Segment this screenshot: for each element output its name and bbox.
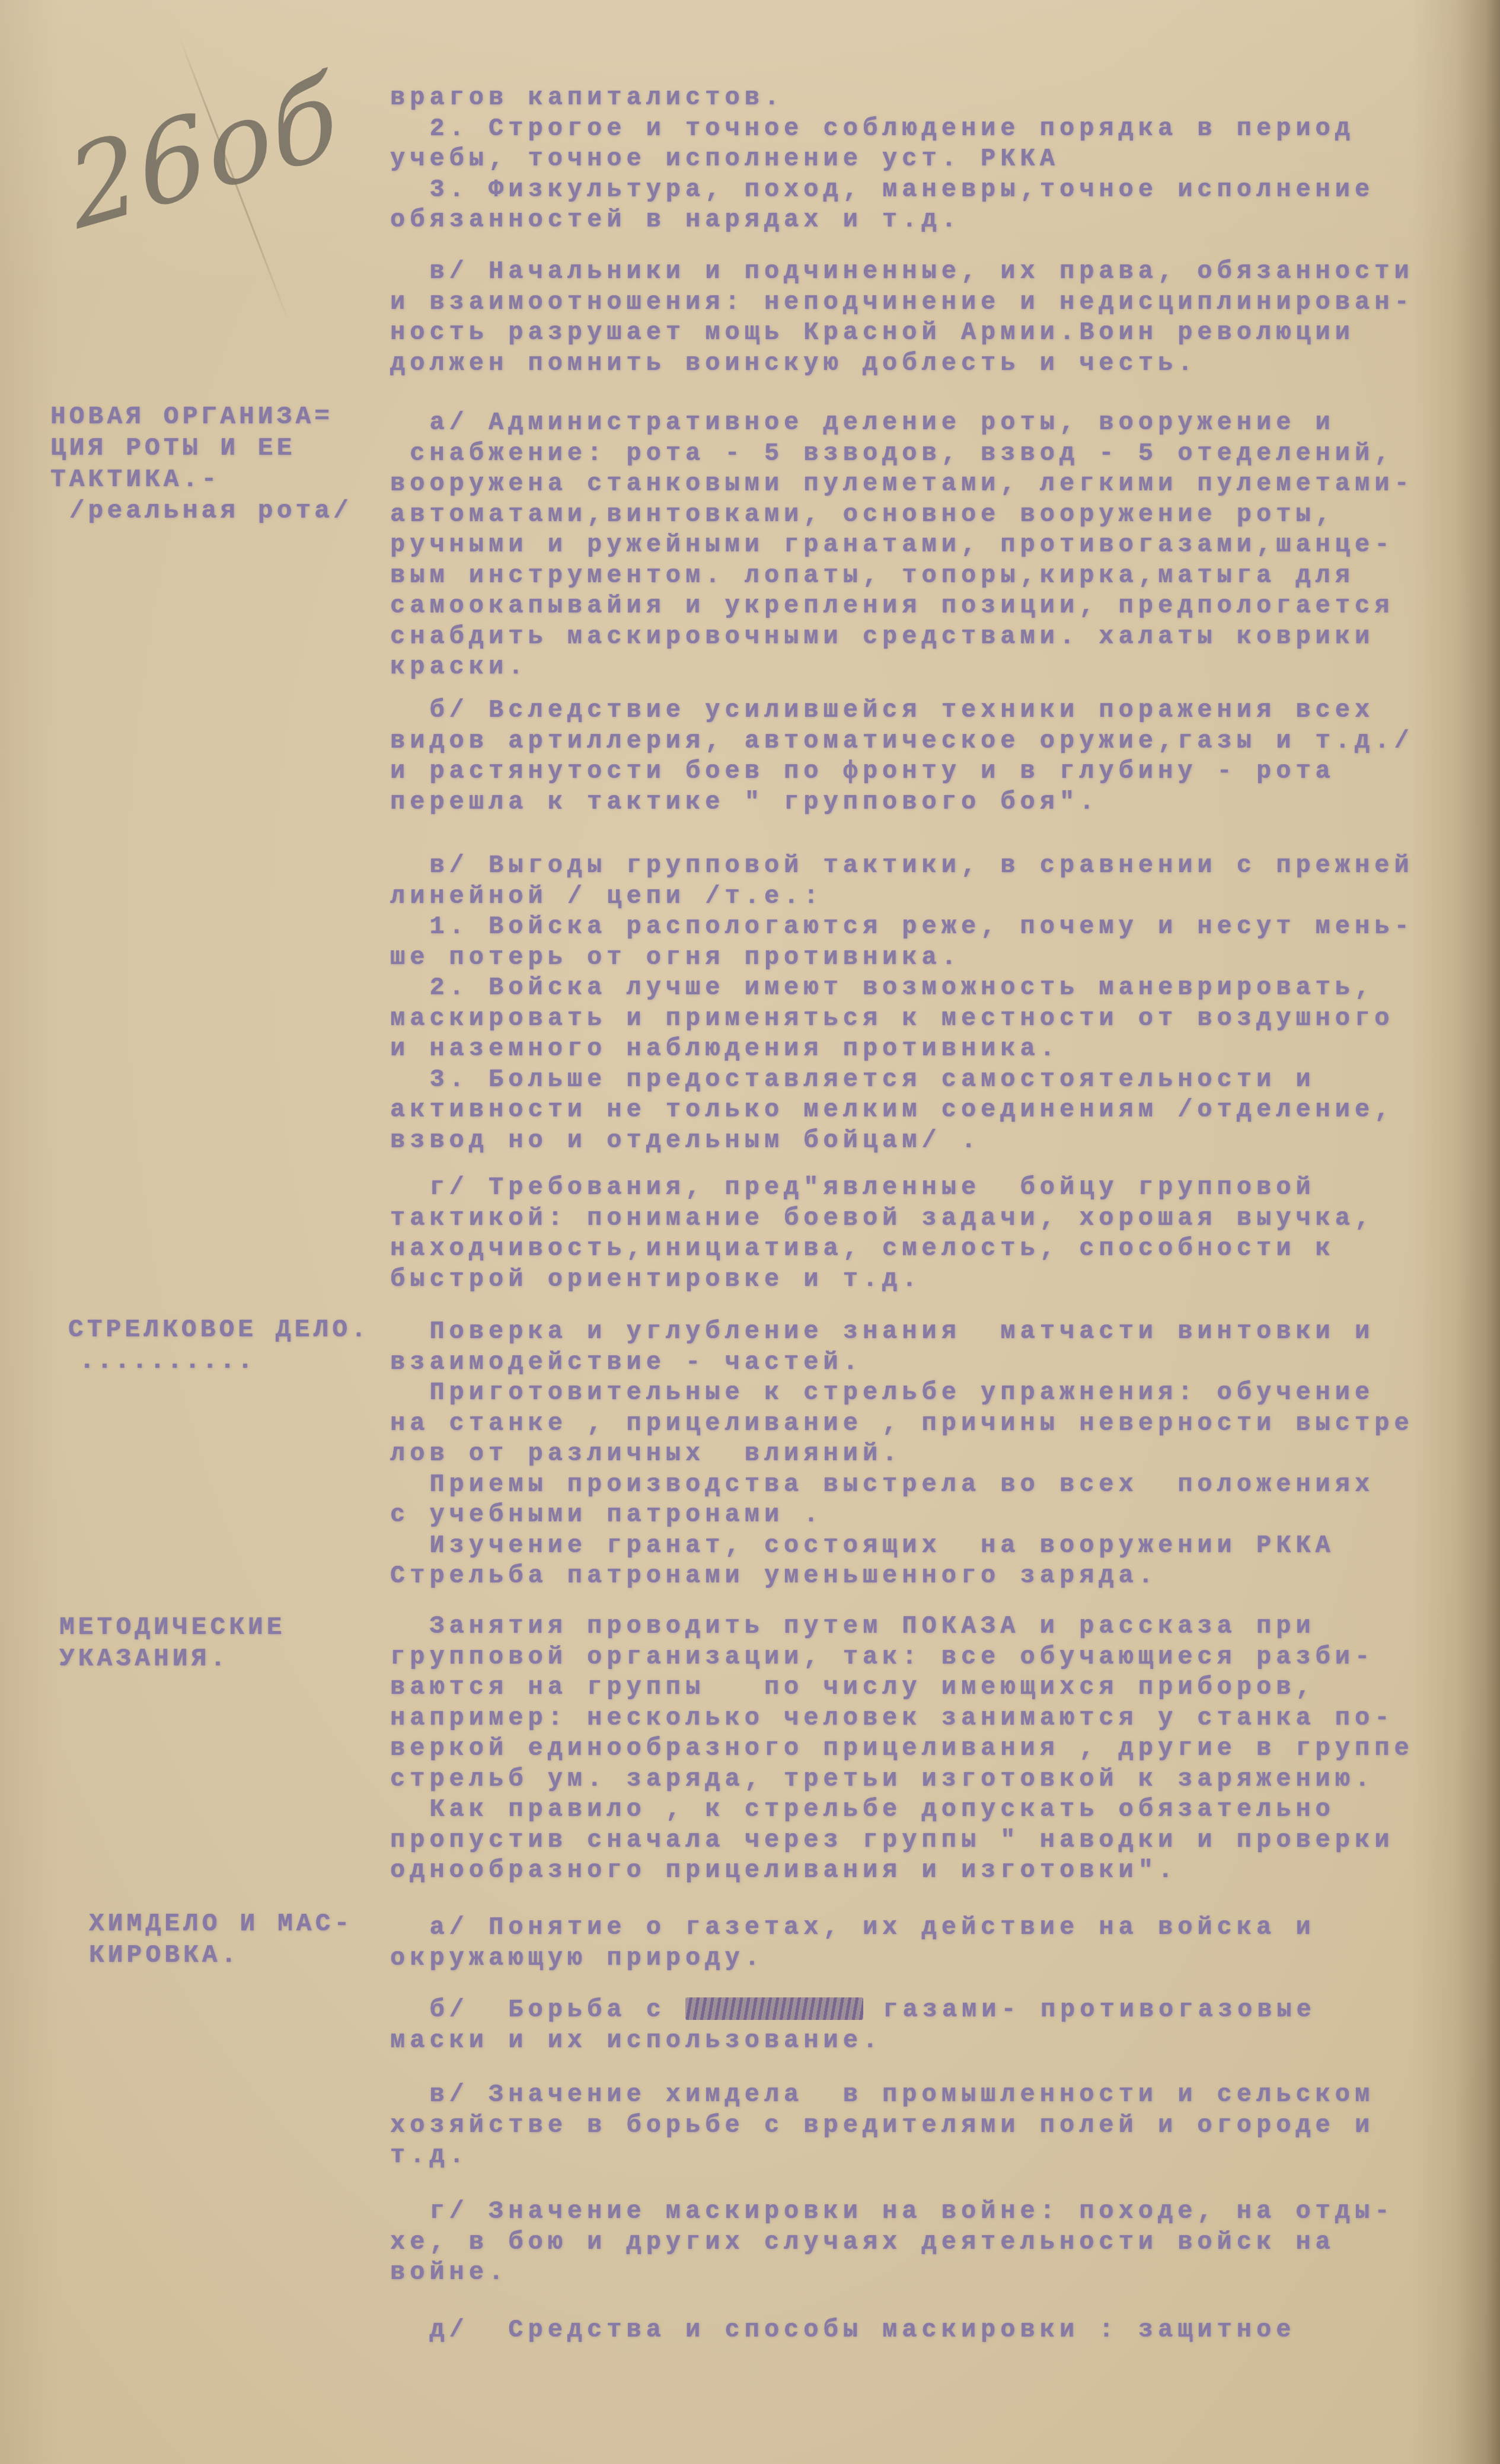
- text-line: снабдить маскировочными средствами. хала…: [390, 622, 1487, 653]
- text-line: 3. Больше предоставляется самостоятельно…: [390, 1065, 1487, 1096]
- text-line: МЕТОДИЧЕСКИЕ: [59, 1611, 415, 1643]
- paragraph-rifle-training: Поверка и углубление знания матчасти вин…: [390, 1317, 1487, 1592]
- text-line: активности не только мелким соединениям …: [390, 1095, 1487, 1126]
- text-line: пропустив сначала через группы " наводки…: [390, 1825, 1487, 1856]
- text-line: Стрельба патронами уменьшенного заряда.: [390, 1561, 1487, 1592]
- text-line: Изучение гранат, состоящих на вооружении…: [390, 1531, 1487, 1562]
- text-line: УКАЗАНИЯ.: [59, 1643, 415, 1674]
- text-line: самоокапывайия и укрепления позиции, пре…: [390, 591, 1487, 622]
- text-line: учебы, точное исполнение уст. РККА: [390, 144, 1487, 175]
- text-line: г/ Значение маскировки на войне: походе,…: [390, 2197, 1487, 2227]
- paragraph-camouflage-importance: г/ Значение маскировки на войне: походе,…: [390, 2197, 1487, 2289]
- gas-protection-pre: б/ Борьба с: [390, 1996, 685, 2024]
- margin-heading-rifle-lines: СТРЕЛКОВОЕ ДЕЛО.: [68, 1314, 424, 1345]
- text-line: Как правило , к стрельбе допускать обяза…: [390, 1795, 1487, 1825]
- paragraph-discipline-items: врагов капиталистов. 2. Строгое и точное…: [390, 83, 1487, 236]
- text-line: ручными и ружейными гранатами, противога…: [390, 530, 1487, 561]
- margin-heading-new-organization: НОВАЯ ОРГАНИЗА=ЦИЯ РОТЫ И ЕЕТАКТИКА.- /р…: [50, 401, 406, 526]
- text-line: Приемы производства выстрела во всех пол…: [390, 1470, 1487, 1501]
- text-line: Поверка и углубление знания матчасти вин…: [390, 1317, 1487, 1348]
- text-line: групповой организации, так: все обучающи…: [390, 1642, 1487, 1673]
- text-line: г/ Требования, пред"явленные бойцу групп…: [390, 1173, 1487, 1204]
- text-line: ТАКТИКА.-: [50, 464, 406, 495]
- text-line: Приготовительные к стрельбе упражнения: …: [390, 1378, 1487, 1409]
- paragraph-fighter-requirements: г/ Требования, пред"явленные бойцу групп…: [390, 1173, 1487, 1295]
- paragraph-chemistry-importance: в/ Значение химдела в промышленности и с…: [390, 2080, 1487, 2172]
- text-line: вооружена станковыми пулеметами, легкими…: [390, 469, 1487, 500]
- margin-heading-methodical: МЕТОДИЧЕСКИЕУКАЗАНИЯ.: [59, 1611, 415, 1674]
- paragraph-group-tactics-reason: б/ Вследствие усилившейся техники пораже…: [390, 695, 1487, 818]
- text-line: должен помнить воинскую доблесть и честь…: [390, 349, 1487, 379]
- text-line: /реальная рота/: [50, 495, 406, 526]
- text-line: ЦИЯ РОТЫ И ЕЕ: [50, 432, 406, 464]
- gas-protection-post: газами- противогазовые: [863, 1996, 1316, 2024]
- text-line: на станке , прицеливание , причины невер…: [390, 1409, 1487, 1440]
- text-line: войне.: [390, 2258, 1487, 2289]
- text-line: тактикой: понимание боевой задачи, хорош…: [390, 1204, 1487, 1234]
- paragraph-camouflage-means: д/ Средства и способы маскировки : защит…: [390, 2315, 1487, 2346]
- text-line: хозяйстве в борьбе с вредителями полей и…: [390, 2111, 1487, 2141]
- paragraph-methodical-body: Занятия проводить путем ПОКАЗА и рассказ…: [390, 1611, 1487, 1887]
- text-line: т.д.: [390, 2141, 1487, 2172]
- text-line: д/ Средства и способы маскировки : защит…: [390, 2315, 1487, 2346]
- struck-out-word: [685, 1997, 863, 2020]
- text-line: в/ Выгоды групповой тактики, в сравнении…: [390, 851, 1487, 882]
- text-line: и растянутости боев по фронту и в глубин…: [390, 757, 1487, 787]
- text-line: в/ Значение химдела в промышленности и с…: [390, 2080, 1487, 2111]
- text-line: 1. Войска распологаются реже, почему и н…: [390, 912, 1487, 943]
- text-line: стрельб ум. заряда, третьи изготовкой к …: [390, 1764, 1487, 1795]
- text-line: 2. Строгое и точное соблюдение порядка в…: [390, 114, 1487, 145]
- text-line: окружающую природу.: [390, 1943, 1487, 1974]
- paragraph-commanders: в/ Начальники и подчиненные, их права, о…: [390, 257, 1487, 379]
- text-line: 2. Войска лучше имеют возможность маневр…: [390, 973, 1487, 1004]
- text-line: вым инструментом. лопаты, топоры,кирка,м…: [390, 561, 1487, 592]
- paragraph-gases-intro: а/ Понятие о газетах, их действие на вой…: [390, 1913, 1487, 1974]
- paragraph-gas-protection: б/ Борьба с газами- противогазовые маски…: [390, 1995, 1487, 2056]
- handwritten-sheet-number: 26об: [59, 52, 348, 255]
- text-line: и наземного наблюдения противника.: [390, 1034, 1487, 1065]
- document-page: 26об НОВАЯ ОРГАНИЗА=ЦИЯ РОТЫ И ЕЕТАКТИКА…: [0, 0, 1500, 2464]
- text-line: и взаимоотношения: неподчинение и недисц…: [390, 288, 1487, 318]
- text-line: обязанностей в нарядах и т.д.: [390, 205, 1487, 236]
- text-line: ше потерь от огня противника.: [390, 943, 1487, 974]
- text-line: однообразного прицеливания и изготовки".: [390, 1856, 1487, 1887]
- text-line: врагов капиталистов.: [390, 83, 1487, 114]
- text-line: маски и их использование.: [390, 2026, 1487, 2057]
- text-line: взвод но и отдельным бойцам/ .: [390, 1126, 1487, 1157]
- text-line: краски.: [390, 652, 1487, 683]
- text-line: линейной / цепи /т.е.:: [390, 882, 1487, 912]
- paragraph-company-organization: а/ Административное деление роты, вооруж…: [390, 408, 1487, 683]
- text-line: маскировать и применяться к местности от…: [390, 1004, 1487, 1035]
- text-line: взаимодействие - частей.: [390, 1348, 1487, 1378]
- text-line: б/ Вследствие усилившейся техники пораже…: [390, 695, 1487, 726]
- text-line: а/ Административное деление роты, вооруж…: [390, 408, 1487, 439]
- text-line: а/ Понятие о газетах, их действие на вой…: [390, 1913, 1487, 1943]
- text-line: НОВАЯ ОРГАНИЗА=: [50, 401, 406, 432]
- heading-underline-dots: ..........: [79, 1345, 424, 1377]
- text-line: находчивость,инициатива, смелость, спосо…: [390, 1234, 1487, 1265]
- text-line: например: несколько человек занимаются у…: [390, 1703, 1487, 1734]
- text-line: б/ Борьба с газами- противогазовые: [390, 1995, 1487, 2026]
- text-line: хе, в бою и других случаях деятельности …: [390, 2227, 1487, 2258]
- text-line: быстрой ориентировке и т.д.: [390, 1265, 1487, 1295]
- text-line: Занятия проводить путем ПОКАЗА и рассказ…: [390, 1611, 1487, 1642]
- margin-heading-rifle: СТРЕЛКОВОЕ ДЕЛО. ..........: [68, 1314, 424, 1377]
- text-line: с учебными патронами .: [390, 1500, 1487, 1531]
- text-line: СТРЕЛКОВОЕ ДЕЛО.: [68, 1314, 424, 1345]
- text-line: автоматами,винтовками, основное вооружен…: [390, 500, 1487, 531]
- text-line: лов от различных влияний.: [390, 1439, 1487, 1470]
- paragraph-group-tactics-benefits: в/ Выгоды групповой тактики, в сравнении…: [390, 851, 1487, 1156]
- text-line: в/ Начальники и подчиненные, их права, о…: [390, 257, 1487, 288]
- text-line: 3. Физкультура, поход, маневры,точное ис…: [390, 175, 1487, 206]
- text-line: видов артиллерия, автоматическое оружие,…: [390, 726, 1487, 757]
- text-line: ваются на группы по числу имеющихся приб…: [390, 1673, 1487, 1703]
- text-line: ность разрушает мощь Красной Армии.Воин …: [390, 318, 1487, 349]
- text-line: снабжение: рота - 5 взводов, взвод - 5 о…: [390, 439, 1487, 470]
- text-line: перешла к тактике " группового боя".: [390, 787, 1487, 818]
- text-line: веркой единообразного прицеливания , дру…: [390, 1734, 1487, 1764]
